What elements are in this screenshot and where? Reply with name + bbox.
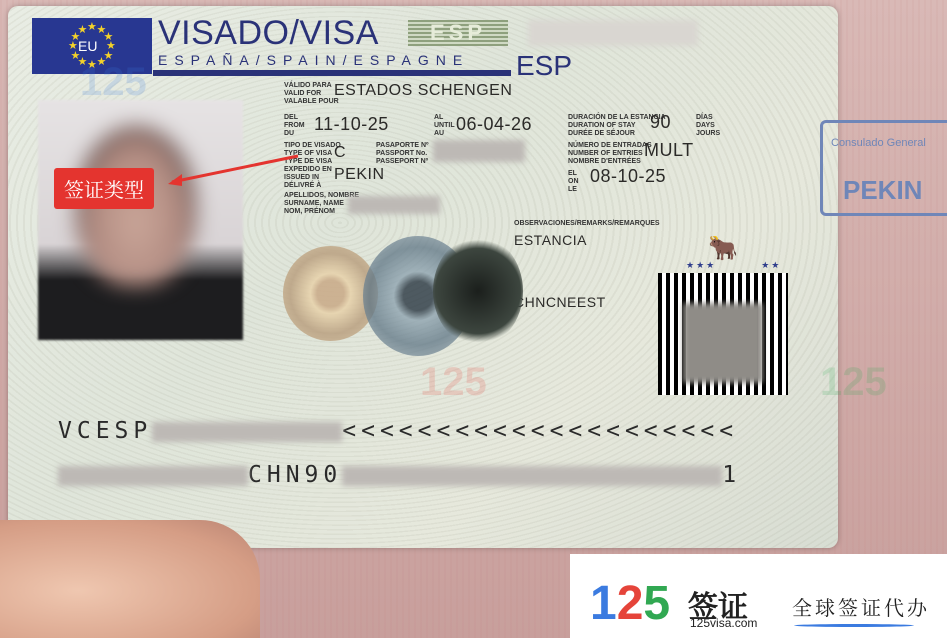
country-code: ESP (516, 50, 572, 82)
redacted-name (348, 196, 440, 214)
from-label: DEL FROM DU (284, 114, 305, 138)
stamp-line-1: Consulado General (831, 137, 926, 149)
thumb (0, 520, 260, 638)
slogan-underline (794, 624, 914, 627)
visa-title: VISADO/VISA (158, 14, 379, 53)
brand-url: 125visa.com (690, 616, 757, 630)
valid-for-value: ESTADOS SCHENGEN (334, 82, 512, 100)
redacted-number (528, 20, 698, 46)
watermark: 125 (820, 360, 887, 405)
visa-type-annotation: 签证类型 (54, 168, 154, 209)
redacted-passport-number (433, 140, 525, 162)
issue-date-label: EL ON LE (568, 170, 579, 194)
valid-from-value: 11-10-25 (314, 114, 389, 135)
remarks-label: OBSERVACIONES/REMARKS/REMARQUES (514, 220, 660, 228)
watermark: 125 (80, 60, 147, 105)
issued-in-value: PEKIN (334, 166, 385, 184)
remarks-code: CHNCNEEST (514, 294, 606, 310)
duration-unit: DÍAS DAYS JOURS (696, 114, 720, 138)
redacted-mrz (58, 466, 248, 486)
mrz-line-1: VCESP<<<<<<<<<<<<<<<<<<<<< (58, 418, 738, 444)
valid-until-value: 06-04-26 (456, 114, 532, 135)
arrow-icon (168, 152, 308, 192)
mrz-line-2: CHN901 (58, 462, 741, 488)
qr-code (658, 273, 788, 395)
mrz-filler: <<<<<<<<<<<<<<<<<<<<< (342, 418, 738, 444)
mrz-nationality: CHN90 (248, 462, 342, 488)
entries-value: MULT (644, 140, 694, 161)
passport-label: PASAPORTE Nº PASSPORT No. PASSEPORT Nº (376, 142, 429, 166)
visa-type-value: C (334, 144, 346, 162)
consulate-stamp: Consulado General PEKIN (820, 120, 947, 216)
mrz-end: 1 (722, 462, 741, 488)
valid-for-label: VÁLIDO PARA VALID FOR VALABLE POUR (284, 82, 339, 106)
issue-date-value: 08-10-25 (590, 166, 666, 187)
visa-subtitle: ESPAÑA/SPAIN/ESPAGNE (158, 52, 469, 68)
redacted-mrz (152, 422, 342, 442)
watermark: 125 (420, 360, 487, 405)
until-label: AL UNTIL AU (434, 114, 455, 138)
eu-badge: EU (78, 38, 97, 54)
holder-photo-blurred (38, 100, 243, 340)
entries-label: NÚMERO DE ENTRADAS NUMBER OF ENTRIES NOM… (568, 142, 652, 166)
brand-banner: 125 签证 125visa.com 全球签证代办 (570, 554, 947, 638)
redacted-mrz (342, 466, 722, 486)
remarks-value: ESTANCIA (514, 232, 587, 248)
brand-slogan: 全球签证代办 (792, 592, 930, 621)
stamp-line-2: PEKIN (843, 175, 922, 206)
mrz-prefix: VCESP (58, 418, 152, 444)
brand-logo: 125 (590, 580, 670, 628)
microprint-line (153, 70, 511, 76)
stars-icon: ★★★ ★★ (686, 260, 781, 271)
esp-emboss: ESP (408, 20, 508, 46)
hologram (283, 236, 508, 366)
duration-value: 90 (650, 112, 671, 133)
